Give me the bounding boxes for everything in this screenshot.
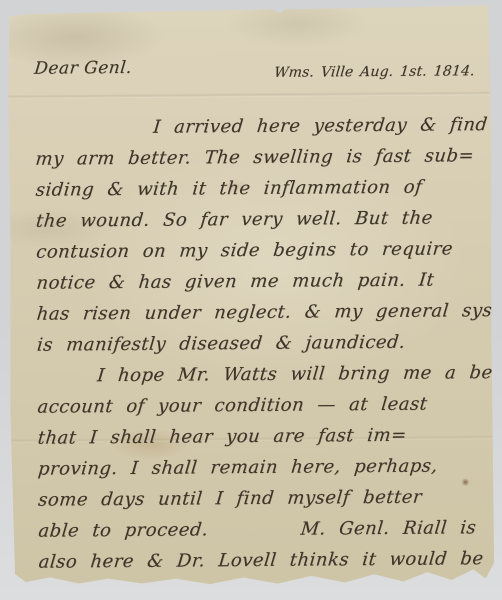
letter-line-5: contusion on my side begins to require [35,233,488,268]
letter-line-3: siding & with it the inflammation of [34,171,487,206]
letter-line-6: notice & has given me much pain. It [35,264,488,299]
letter-line-14: able to proceed. M. Genl. Riall is [37,512,490,547]
letter-line-2: my arm better. The swelling is fast sub= [34,140,487,175]
letter-dateline: Wms. Ville Aug. 1st. 1814. [273,63,475,81]
letter-line-9: I hope Mr. Watts will bring me a better [36,357,489,392]
letter-line-1: I arrived here yesterday & find [34,109,487,144]
letter-photograph: Dear Genl. Wms. Ville Aug. 1st. 1814. I … [0,0,502,600]
letter-greeting: Dear Genl. [33,58,133,79]
letter-body: I arrived here yesterday & find my arm b… [34,109,488,578]
letter-line-11: that I shall hear you are fast im= [36,419,489,454]
letter-line-7: has risen under neglect. & my general sy… [35,295,488,330]
letter-line-10: account of your condition — at least [36,388,489,423]
paper-fold-crease-top [7,91,491,99]
letter-line-15: also here & Dr. Lovell thinks it would b… [37,543,490,578]
letter-line-12: proving. I shall remain here, perhaps, [36,450,489,485]
letter-line-8: is manifestly diseased & jaundiced. [36,326,489,361]
letter-line-4: the wound. So far very well. But the [35,202,488,237]
letter-paper: Dear Genl. Wms. Ville Aug. 1st. 1814. I … [7,5,496,587]
letter-line-13: some days until I find myself better [37,481,490,516]
